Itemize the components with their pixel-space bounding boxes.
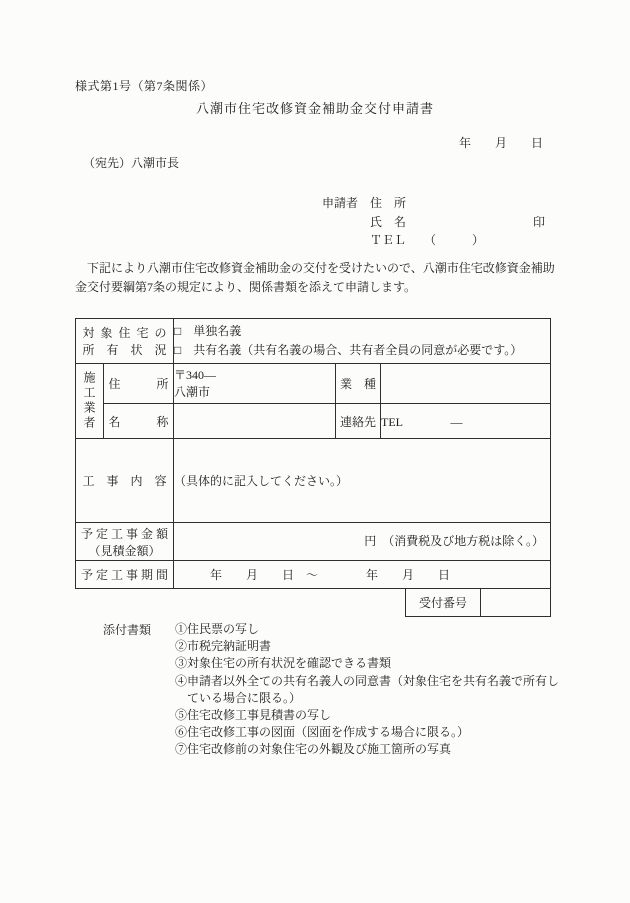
attachment-item-1: ①住民票の写し xyxy=(175,621,559,638)
amount-label-line2: （見積金額） xyxy=(76,542,173,559)
ownership-status-label-cell: 対象住宅の 所有状況 xyxy=(76,319,174,364)
ownership-label-line1: 対象住宅の xyxy=(76,324,173,341)
form-number: 様式第1号（第7条関係） xyxy=(75,77,213,94)
attachment-item-7: ⑦住宅改修前の対象住宅の外観及び施工箇所の写真 xyxy=(175,741,559,758)
attachment-item-4: ④申請者以外全ての共有名義人の同意書（対象住宅を共有名義で所有し xyxy=(175,673,559,690)
planned-period-value-cell: 年 月 日 ～ 年 月 日 xyxy=(174,561,551,589)
seal-mark: 印 xyxy=(533,213,545,232)
attachment-item-3: ③対象住宅の所有状況を確認できる書類 xyxy=(175,655,559,672)
contractor-side-label-cell: 施工業者 xyxy=(76,364,104,439)
applicant-name-label: 氏 名 xyxy=(370,213,406,232)
ownership-option-joint: □ 共有名義（共有名義の場合、共有者全員の同意が必要です。） xyxy=(174,341,550,360)
contact-value-cell: TEL ― xyxy=(381,404,551,439)
addressee-line: （宛先）八潮市長 xyxy=(83,154,179,171)
date-line: 年 月 日 xyxy=(459,134,543,151)
work-content-label-cell: 工 事 内 容 xyxy=(76,439,174,523)
applicant-name-row: 氏 名 印 xyxy=(370,213,545,232)
contractor-address-label-cell: 住 所 xyxy=(104,364,174,404)
body-line-1: 下記により八潮市住宅改修資金補助金の交付を受けたいので、八潮市住宅改修資金補助 xyxy=(75,259,565,278)
applicant-address-row: 申請者 住 所 xyxy=(322,194,406,213)
reception-number-label-cell: 受付番号 xyxy=(406,589,481,617)
planned-amount-label-cell: 予定工事金額 （見積金額） xyxy=(76,523,174,561)
postal-code-line: 〒340― xyxy=(174,367,335,384)
ownership-options-cell: □ 単独名義 □ 共有名義（共有名義の場合、共有者全員の同意が必要です。） xyxy=(174,319,551,364)
applicant-block: 申請者 住 所 氏 名 印 ＴＥＬ （ ） xyxy=(322,194,406,213)
attachment-item-2: ②市税完納証明書 xyxy=(175,638,559,655)
ownership-option-single: □ 単独名義 xyxy=(174,322,550,341)
body-line-2: 金交付要綱第7条の規定により、関係書類を添えて申請します。 xyxy=(75,278,565,297)
contractor-side-label: 施工業者 xyxy=(81,371,98,431)
ownership-option-joint-label: 共有名義（共有名義の場合、共有者全員の同意が必要です。） xyxy=(181,343,522,357)
attachments-list: ①住民票の写し ②市税完納証明書 ③対象住宅の所有状況を確認できる書類 ④申請者… xyxy=(175,621,559,759)
city-line: 八潮市 xyxy=(174,384,335,401)
reception-number-box: 受付番号 xyxy=(405,588,551,617)
attachment-item-5: ⑤住宅改修工事見積書の写し xyxy=(175,707,559,724)
attachments-section: 添付書類 ①住民票の写し ②市税完納証明書 ③対象住宅の所有状況を確認できる書類… xyxy=(103,621,559,759)
application-form-page: 様式第1号（第7条関係） 八潮市住宅改修資金補助金交付申請書 年 月 日 （宛先… xyxy=(0,0,630,903)
body-paragraph: 下記により八潮市住宅改修資金補助金の交付を受けたいので、八潮市住宅改修資金補助金… xyxy=(75,259,565,297)
industry-label-cell: 業 種 xyxy=(336,364,381,404)
amount-unit-note: 円 （消費税及び地方税は除く。） xyxy=(364,532,550,551)
ownership-label-line2: 所有状況 xyxy=(76,341,173,358)
contractor-name-value-cell xyxy=(174,404,336,439)
work-content-hint: （具体的に記入してください。） xyxy=(174,474,348,488)
attachment-item-4-continued: ている場合に限る。） xyxy=(175,690,559,707)
applicant-tel-row: ＴＥＬ （ ） xyxy=(370,231,484,250)
attachment-item-6: ⑥住宅改修工事の図面（図面を作成する場合に限る。） xyxy=(175,724,559,741)
planned-period-label-cell: 予定工事期間 xyxy=(76,561,174,589)
industry-value-cell xyxy=(381,364,551,404)
page-title: 八潮市住宅改修資金補助金交付申請書 xyxy=(0,98,630,117)
contact-label-cell: 連絡先 xyxy=(336,404,381,439)
contractor-name-label-cell: 名 称 xyxy=(104,404,174,439)
reception-number-value-cell xyxy=(481,589,551,617)
contractor-address-value-cell: 〒340― 八潮市 xyxy=(174,364,336,404)
attachments-label: 添付書類 xyxy=(103,621,175,759)
application-table: 対象住宅の 所有状況 □ 単独名義 □ 共有名義（共有名義の場合、共有者全員の同… xyxy=(75,318,551,589)
amount-label-line1: 予定工事金額 xyxy=(76,525,173,542)
work-content-value-cell: （具体的に記入してください。） xyxy=(174,439,551,523)
planned-amount-value-cell: 円 （消費税及び地方税は除く。） xyxy=(174,523,551,561)
ownership-option-single-label: 単独名義 xyxy=(181,324,241,338)
